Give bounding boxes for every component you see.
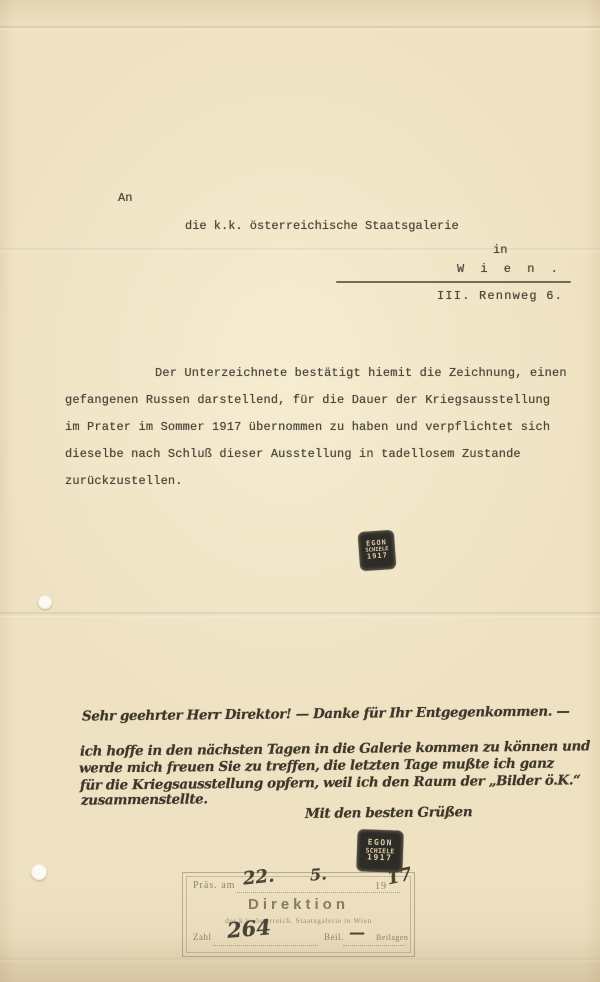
body-line: Der Unterzeichnete bestätigt hiemit die … xyxy=(65,366,567,380)
punch-hole xyxy=(31,864,47,880)
receipt-stamp: Präs. am 22. 5. 19 17 Direktion der k.k.… xyxy=(182,872,415,957)
handwriting-line: Sehr geehrter Herr Direktor! — Danke für… xyxy=(82,703,570,724)
seal-text: 1917 xyxy=(367,854,393,863)
handwriting-closing: Mit den besten Grüßen xyxy=(305,804,472,822)
stamp-enclosure-value: — xyxy=(349,923,365,942)
address-street: III. Rennweg 6. xyxy=(437,289,563,303)
handwriting-line: zusammenstellte. xyxy=(81,791,208,808)
artist-seal-stamp: EGON SCHIELE 1917 xyxy=(358,530,397,571)
body-line: gefangenen Russen darstellend, für die D… xyxy=(65,393,550,407)
stamp-received-month: 5. xyxy=(309,864,327,884)
stamp-title: Direktion xyxy=(183,896,414,913)
seal-text: 1917 xyxy=(367,553,388,562)
stamp-enclosures-word: Beilagen xyxy=(376,933,408,942)
letter-page: An die k.k. österreichische Staatsgaleri… xyxy=(0,0,600,982)
fold-crease-bottom xyxy=(0,958,600,962)
address-in: in xyxy=(493,243,507,257)
stamp-enclosure-label: Beil. xyxy=(324,932,344,942)
stamp-number-label: Zahl xyxy=(193,932,212,942)
dotted-line xyxy=(213,944,318,946)
address-an: An xyxy=(118,191,132,205)
body-line: zurückzustellen. xyxy=(65,474,183,488)
fold-crease-upper xyxy=(0,248,600,252)
fold-crease-top xyxy=(0,26,600,30)
address-city: W i e n . xyxy=(457,262,562,276)
stamp-subtitle: der k.k. österreich. Staatsgalerie in Wi… xyxy=(183,916,414,925)
punch-hole xyxy=(38,595,52,609)
dotted-line xyxy=(343,944,405,946)
stamp-year-printed: 19 xyxy=(375,881,387,892)
body-line: im Prater im Sommer 1917 übernommen zu h… xyxy=(65,420,550,434)
body-line: dieselbe nach Schluß dieser Ausstellung … xyxy=(65,447,521,461)
stamp-received-label: Präs. am xyxy=(193,880,235,891)
stamp-number-value: 264 xyxy=(226,914,272,943)
address-recipient: die k.k. österreichische Staatsgalerie xyxy=(185,219,459,233)
fold-crease-middle xyxy=(0,612,600,617)
stamp-received-day: 22. xyxy=(242,865,275,889)
city-underline xyxy=(336,281,571,283)
